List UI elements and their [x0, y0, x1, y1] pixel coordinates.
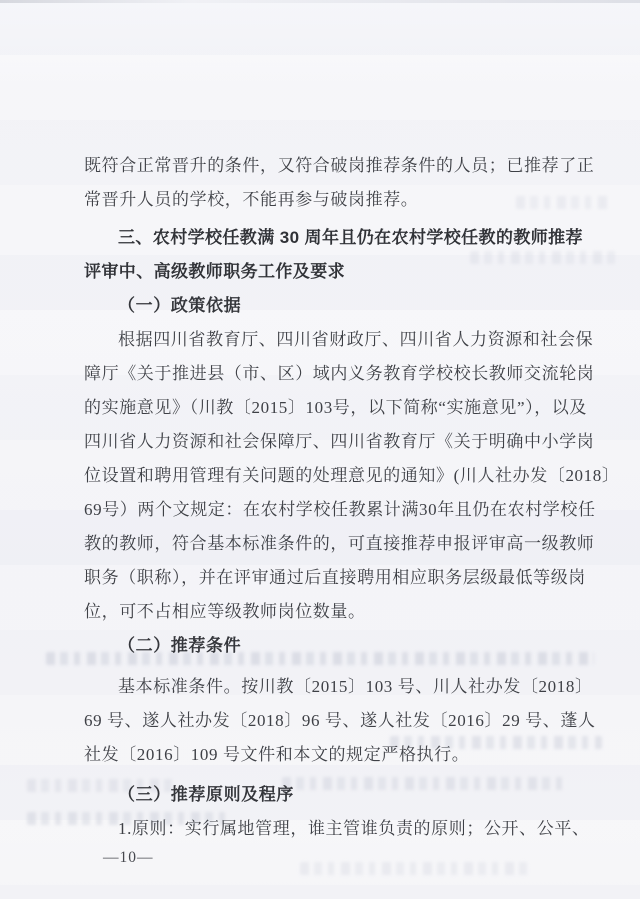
document-page: 既符合正常晋升的条件，又符合破岗推荐条件的人员；已推荐了正 常晋升人员的学校，不…: [0, 0, 640, 899]
text-line: 的实施意见》（川教〔2015〕103号，以下简称“实施意见”），以及: [84, 391, 600, 425]
subsection-heading: （三）推荐原则及程序: [84, 778, 600, 812]
page-number: —10—: [103, 849, 154, 867]
text-line: 常晋升人员的学校，不能再参与破岗推荐。: [84, 183, 600, 217]
text-line: 根据四川省教育厅、四川省财政厅、四川省人力资源和社会保: [84, 323, 600, 357]
text-line: 职务（职称），并在评审通过后直接聘用相应职务层级最低等级岗: [84, 561, 600, 595]
text-line: 1.原则：实行属地管理，谁主管谁负责的原则；公开、公平、: [84, 812, 600, 846]
section-heading: 评审中、高级教师职务工作及要求: [84, 255, 600, 289]
text-line: 社发〔2016〕109 号文件和本文的规定严格执行。: [84, 738, 600, 772]
text-line: 基本标准条件。按川教〔2015〕103 号、川人社办发〔2018〕: [84, 670, 600, 704]
text-line: 四川省人力资源和社会保障厅、四川省教育厅《关于明确中小学岗: [84, 425, 600, 459]
document-text-block: 既符合正常晋升的条件，又符合破岗推荐条件的人员；已推荐了正 常晋升人员的学校，不…: [84, 149, 600, 846]
section-heading: 三、农村学校任教满 30 周年且仍在农村学校任教的教师推荐: [84, 221, 600, 255]
text-line: 既符合正常晋升的条件，又符合破岗推荐条件的人员；已推荐了正: [84, 149, 600, 183]
text-line: 69 号、遂人社办发〔2018〕96 号、遂人社发〔2016〕29 号、蓬人: [84, 704, 600, 738]
subsection-heading: （二）推荐条件: [84, 629, 600, 663]
text-line: 障厅《关于推进县（市、区）域内义务教育学校校长教师交流轮岗: [84, 357, 600, 391]
subsection-heading: （一）政策依据: [84, 289, 600, 323]
bleed-through-artifact: [300, 862, 528, 875]
scan-top-edge-artifact: [0, 0, 640, 3]
text-line: 教的教师，符合基本标准条件的，可直接推荐申报评审高一级教师: [84, 527, 600, 561]
text-line: 位，可不占相应等级教师岗位数量。: [84, 595, 600, 629]
text-line: 位设置和聘用管理有关问题的处理意见的通知》(川人社办发〔2018〕: [84, 459, 600, 493]
text-line: 69号）两个文规定：在农村学校任教累计满30年且仍在农村学校任: [84, 493, 600, 527]
